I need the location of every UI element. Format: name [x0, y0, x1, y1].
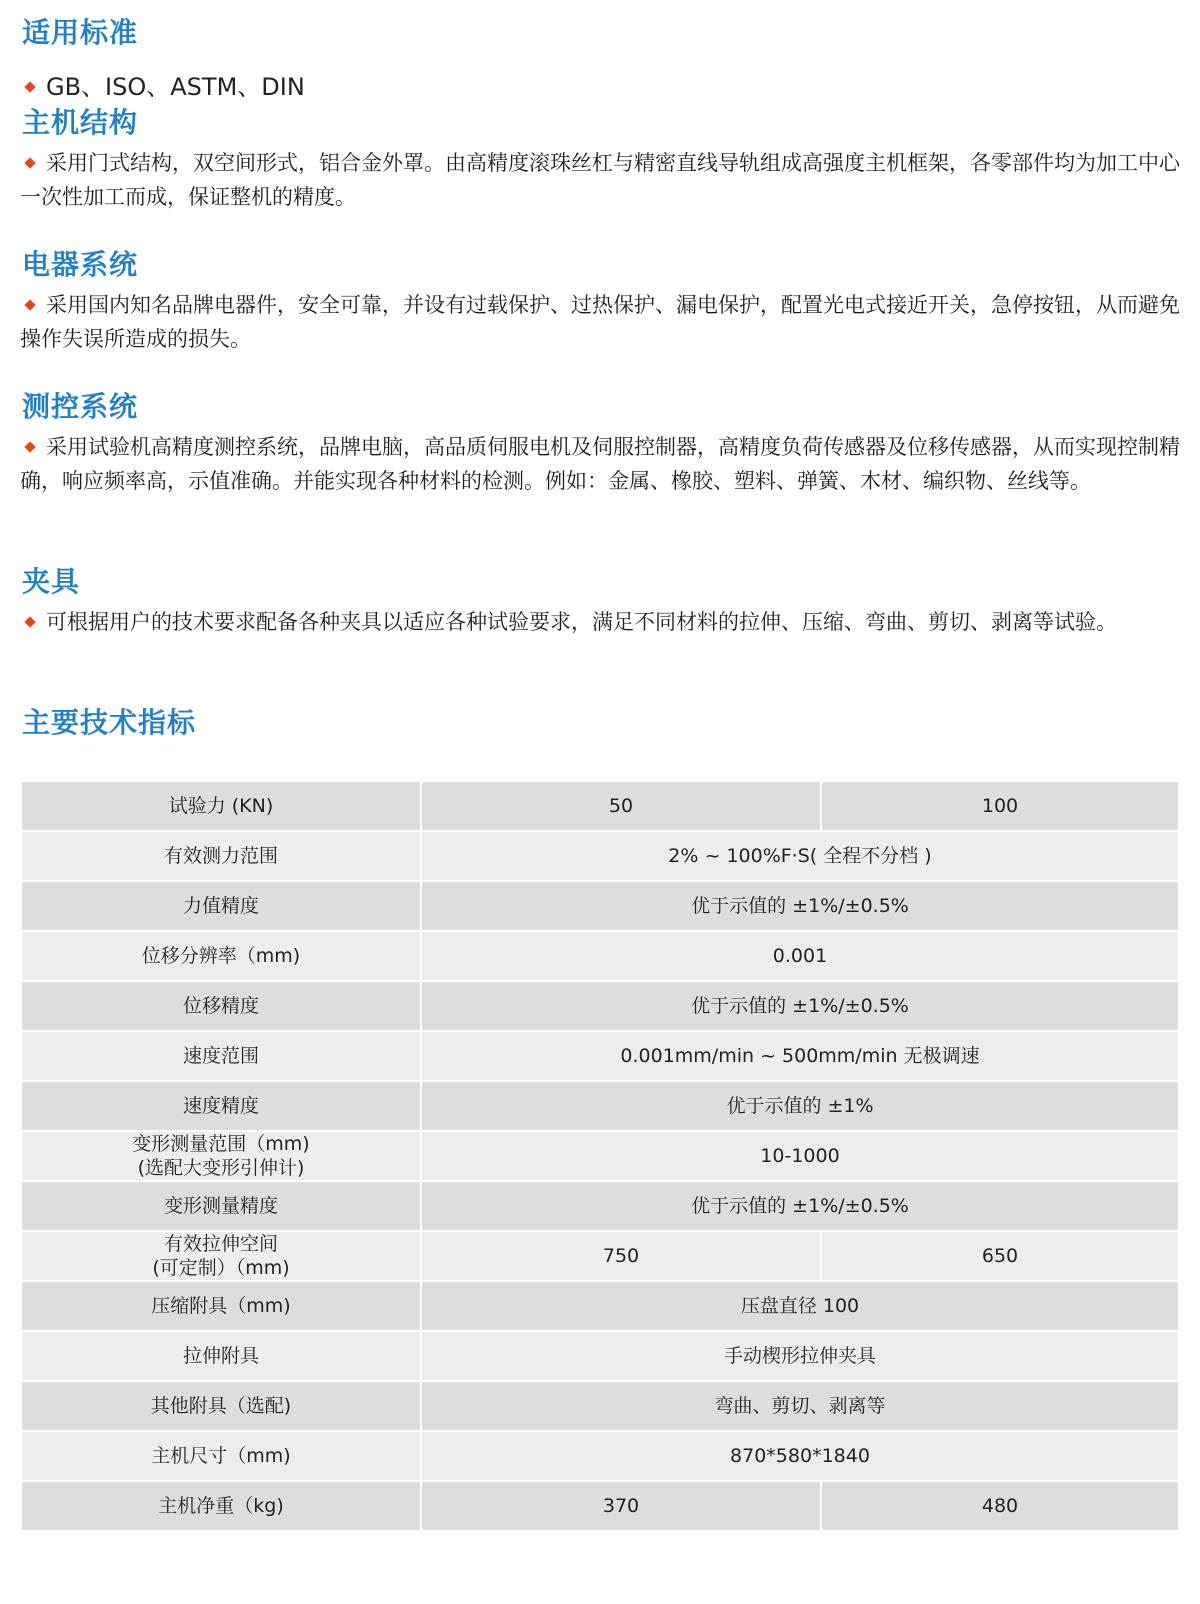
row-value: 0.001: [421, 931, 1179, 981]
row-label: 变形测量精度: [21, 1181, 421, 1231]
row-value: 弯曲、剪切、剥离等: [421, 1381, 1179, 1431]
row-value: 480: [821, 1481, 1179, 1531]
row-value: 手动楔形拉伸夹具: [421, 1331, 1179, 1381]
row-label: 速度精度: [21, 1081, 421, 1131]
section-title-specs: 主要技术指标: [22, 706, 196, 740]
bullet-diamond-icon: [24, 441, 35, 452]
fixtures-paragraph: 可根据用户的技术要求配备各种夹具以适应各种试验要求，满足不同材料的拉伸、压缩、弯…: [20, 605, 1180, 639]
section-title-electrical: 电器系统: [22, 248, 138, 282]
section-title-control: 测控系统: [22, 390, 138, 424]
electrical-text: 采用国内知名品牌电器件，安全可靠，并设有过载保护、过热保护、漏电保护，配置光电式…: [20, 293, 1180, 351]
row-label-line1: 有效拉伸空间: [28, 1232, 414, 1256]
row-label: 位移精度: [21, 981, 421, 1031]
spec-table: 试验力 (KN) 50 100 有效测力范围 2% ~ 100%F·S( 全程不…: [20, 780, 1180, 1532]
structure-text: 采用门式结构，双空间形式，铝合金外罩。由高精度滚珠丝杠与精密直线导轨组成高强度主…: [20, 151, 1180, 209]
row-value: 370: [421, 1481, 821, 1531]
bullet-diamond-icon: [24, 616, 35, 627]
row-label: 位移分辨率（mm): [21, 931, 421, 981]
row-label: 拉伸附具: [21, 1331, 421, 1381]
table-row: 拉伸附具 手动楔形拉伸夹具: [21, 1331, 1179, 1381]
row-value: 750: [421, 1231, 821, 1281]
table-row: 位移精度 优于示值的 ±1%/±0.5%: [21, 981, 1179, 1031]
row-value: 优于示值的 ±1%/±0.5%: [421, 981, 1179, 1031]
table-row: 试验力 (KN) 50 100: [21, 781, 1179, 831]
table-row: 主机净重（kg) 370 480: [21, 1481, 1179, 1531]
bullet-diamond-icon: [24, 81, 35, 92]
table-row: 速度范围 0.001mm/min ~ 500mm/min 无极调速: [21, 1031, 1179, 1081]
table-row: 变形测量精度 优于示值的 ±1%/±0.5%: [21, 1181, 1179, 1231]
table-row: 其他附具（选配) 弯曲、剪切、剥离等: [21, 1381, 1179, 1431]
table-row: 变形测量范围（mm) (选配大变形引伸计) 10-1000: [21, 1131, 1179, 1181]
row-value: 优于示值的 ±1%/±0.5%: [421, 881, 1179, 931]
row-value: 优于示值的 ±1%: [421, 1081, 1179, 1131]
row-value: 压盘直径 100: [421, 1281, 1179, 1331]
row-label-line2: (可定制）（mm): [28, 1256, 414, 1280]
row-value: 100: [821, 781, 1179, 831]
table-row: 位移分辨率（mm) 0.001: [21, 931, 1179, 981]
fixtures-text: 可根据用户的技术要求配备各种夹具以适应各种试验要求，满足不同材料的拉伸、压缩、弯…: [46, 610, 1117, 634]
section-title-structure: 主机结构: [22, 106, 138, 140]
row-value: 优于示值的 ±1%/±0.5%: [421, 1181, 1179, 1231]
row-label: 试验力 (KN): [21, 781, 421, 831]
bullet-diamond-icon: [24, 299, 35, 310]
control-text: 采用试验机高精度测控系统，品牌电脑，高品质伺服电机及伺服控制器，高精度负荷传感器…: [20, 435, 1180, 493]
row-label: 主机净重（kg): [21, 1481, 421, 1531]
standards-text: GB、ISO、ASTM、DIN: [46, 73, 305, 101]
bullet-diamond-icon: [24, 157, 35, 168]
table-row: 有效测力范围 2% ~ 100%F·S( 全程不分档 ): [21, 831, 1179, 881]
table-row: 有效拉伸空间 (可定制）（mm) 750 650: [21, 1231, 1179, 1281]
row-label: 力值精度: [21, 881, 421, 931]
table-row: 速度精度 优于示值的 ±1%: [21, 1081, 1179, 1131]
row-value: 0.001mm/min ~ 500mm/min 无极调速: [421, 1031, 1179, 1081]
row-label: 速度范围: [21, 1031, 421, 1081]
row-value: 10-1000: [421, 1131, 1179, 1181]
row-label-line2: (选配大变形引伸计): [28, 1156, 414, 1180]
table-row: 压缩附具（mm) 压盘直径 100: [21, 1281, 1179, 1331]
control-paragraph: 采用试验机高精度测控系统，品牌电脑，高品质伺服电机及伺服控制器，高精度负荷传感器…: [20, 430, 1180, 498]
row-label: 其他附具（选配): [21, 1381, 421, 1431]
table-row: 主机尺寸（mm) 870*580*1840: [21, 1431, 1179, 1481]
row-label: 主机尺寸（mm): [21, 1431, 421, 1481]
row-label-line1: 变形测量范围（mm): [28, 1132, 414, 1156]
section-title-fixtures: 夹具: [22, 565, 80, 599]
row-label: 变形测量范围（mm) (选配大变形引伸计): [21, 1131, 421, 1181]
row-value: 50: [421, 781, 821, 831]
row-label: 压缩附具（mm): [21, 1281, 421, 1331]
electrical-paragraph: 采用国内知名品牌电器件，安全可靠，并设有过载保护、过热保护、漏电保护，配置光电式…: [20, 288, 1180, 356]
row-label: 有效拉伸空间 (可定制）（mm): [21, 1231, 421, 1281]
row-label: 有效测力范围: [21, 831, 421, 881]
row-value: 870*580*1840: [421, 1431, 1179, 1481]
section-title-standards: 适用标准: [22, 16, 138, 50]
row-value: 650: [821, 1231, 1179, 1281]
structure-paragraph: 采用门式结构，双空间形式，铝合金外罩。由高精度滚珠丝杠与精密直线导轨组成高强度主…: [20, 146, 1180, 214]
row-value: 2% ~ 100%F·S( 全程不分档 ): [421, 831, 1179, 881]
standards-item: GB、ISO、ASTM、DIN: [20, 70, 305, 104]
table-row: 力值精度 优于示值的 ±1%/±0.5%: [21, 881, 1179, 931]
